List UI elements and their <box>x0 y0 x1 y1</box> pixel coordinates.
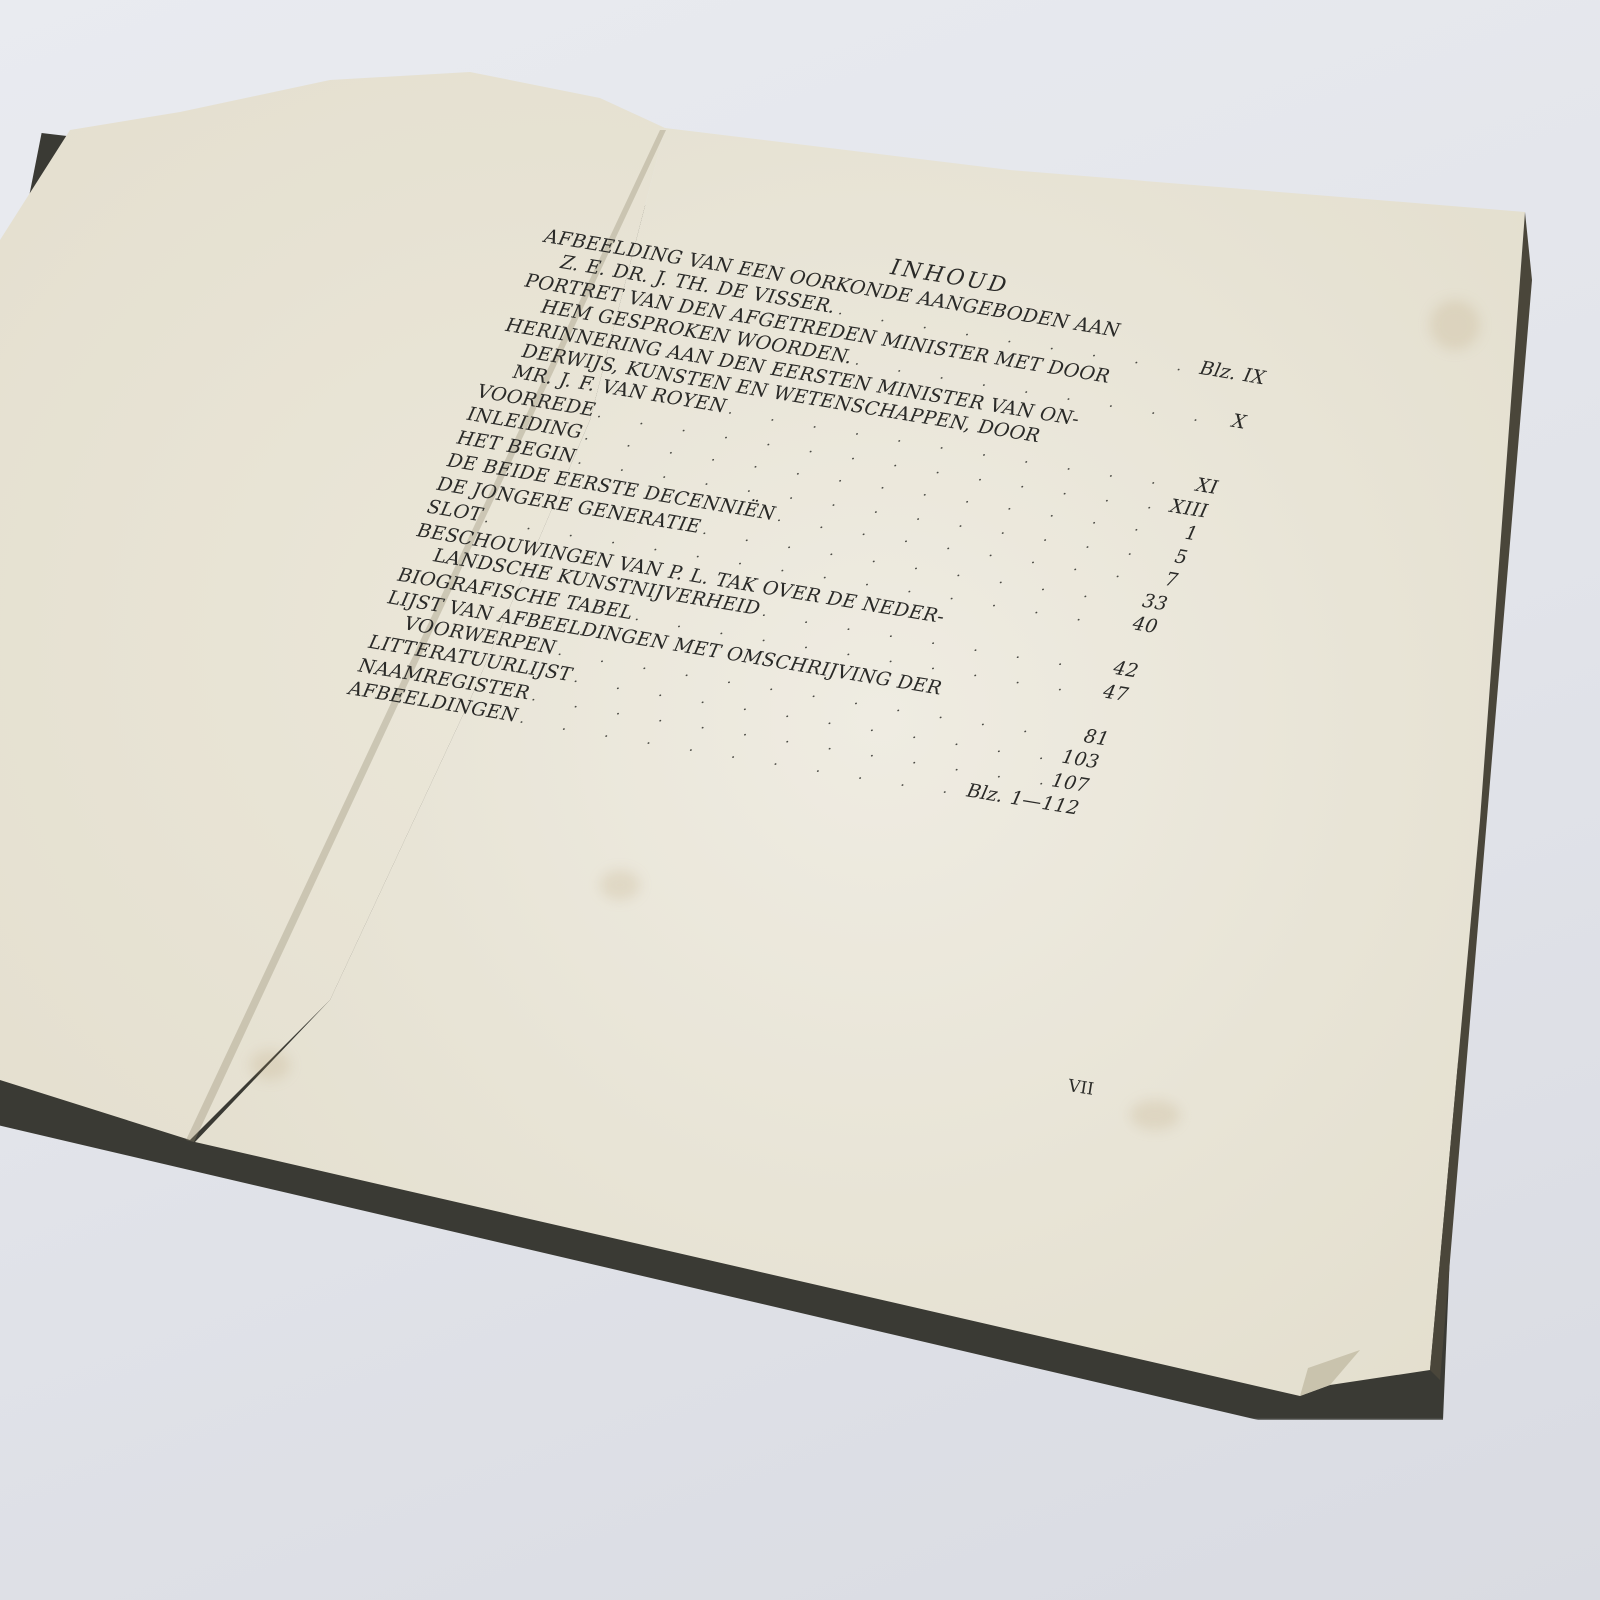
foxing-stain <box>250 1050 290 1080</box>
book-photo: INHOUD AFBEELDING VAN EEN OORKONDE AANGE… <box>0 0 1600 1600</box>
foxing-stain <box>600 870 640 900</box>
page-folio: VII <box>1067 1076 1096 1100</box>
foxing-stain <box>1130 1100 1180 1130</box>
foxing-stain <box>1430 300 1480 350</box>
